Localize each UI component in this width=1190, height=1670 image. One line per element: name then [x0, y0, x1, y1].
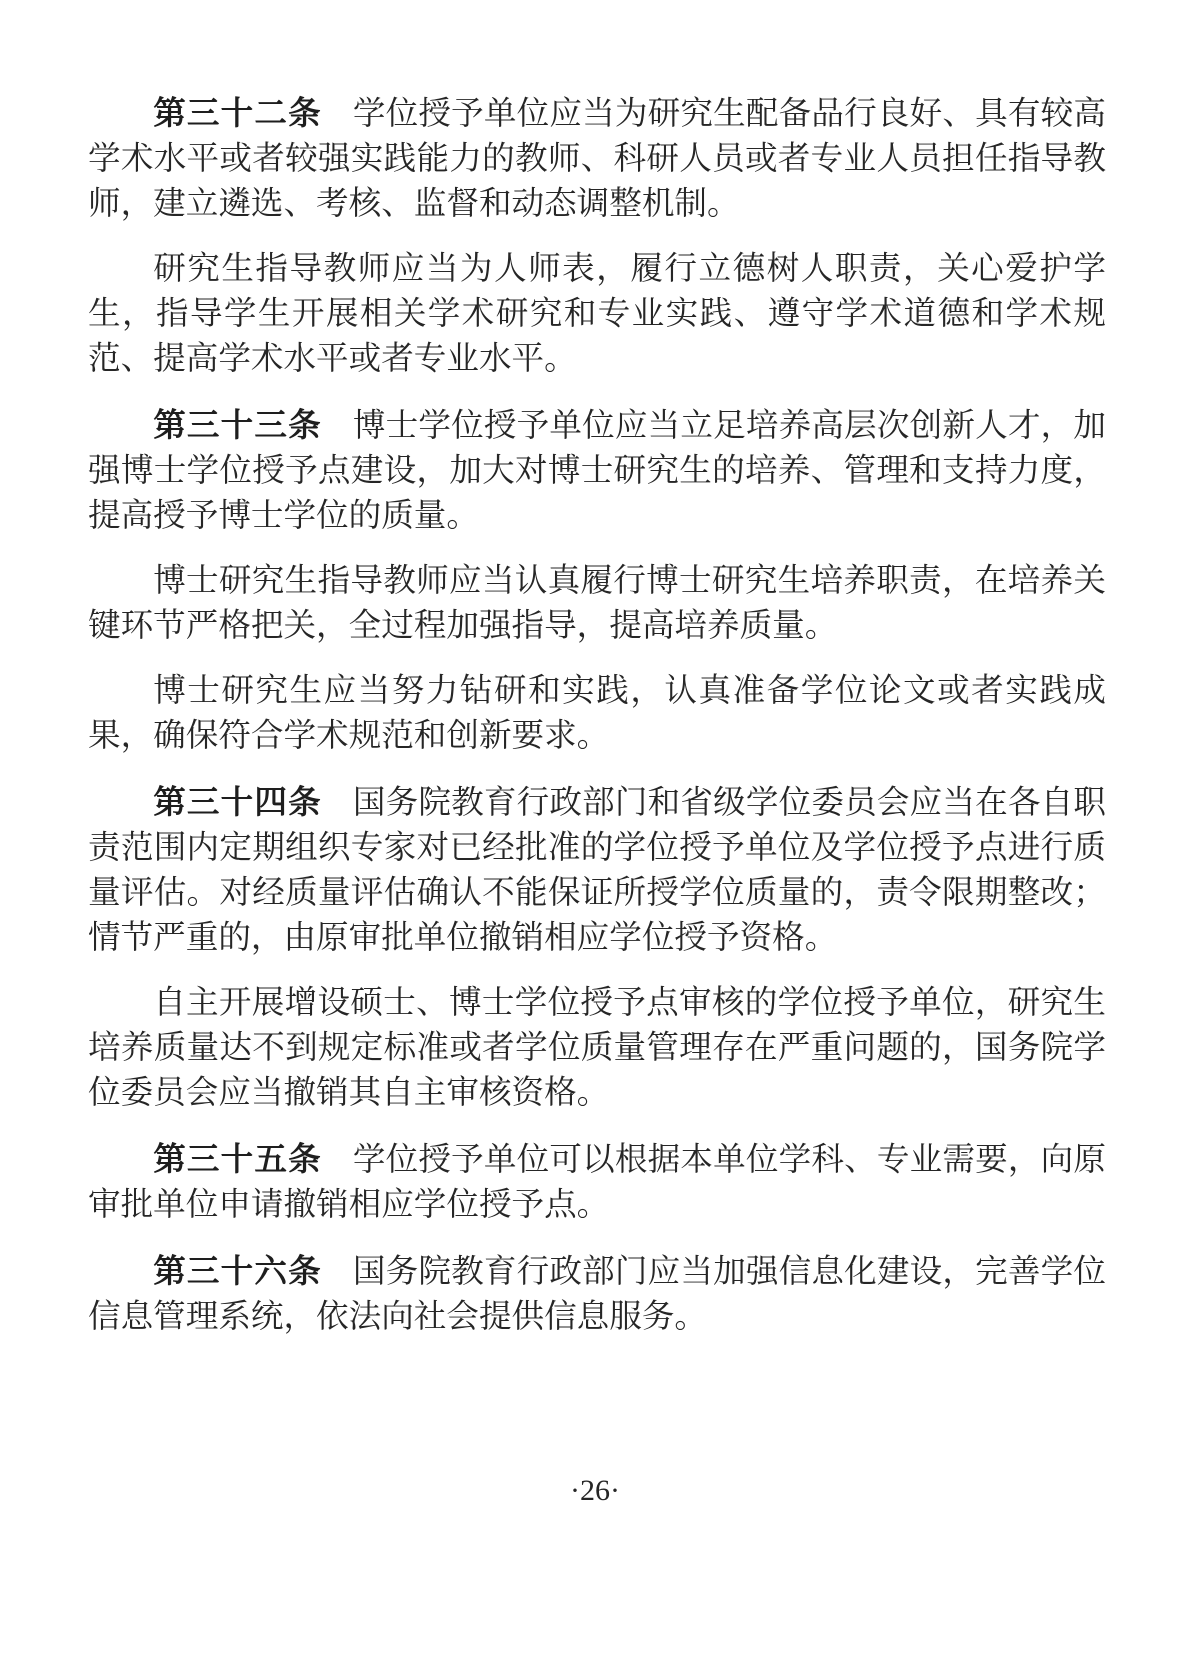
article-number: 第三十六条 — [153, 1252, 322, 1289]
paragraph: 第三十六条国务院教育行政部门应当加强信息化建设，完善学位信息管理系统，依法向社会… — [88, 1248, 1106, 1340]
paragraph: 第三十四条国务院教育行政部门和省级学位委员会应当在各自职责范围内定期组织专家对已… — [88, 779, 1106, 961]
article-text: 博士研究生应当努力钻研和实践，认真准备学位论文或者实践成果，确保符合学术规范和创… — [88, 673, 1106, 754]
document-page: { "page": { "number": "·26·" }, "documen… — [0, 0, 1190, 1670]
article-text: 自主开展增设硕士、博士学位授予点审核的学位授予单位，研究生培养质量达不到规定标准… — [88, 985, 1106, 1111]
article-number: 第三十二条 — [153, 94, 322, 131]
article-number: 第三十三条 — [153, 406, 322, 443]
article-number: 第三十五条 — [153, 1140, 322, 1177]
paragraph: 博士研究生指导教师应当认真履行博士研究生培养职责，在培养关键环节严格把关，全过程… — [88, 559, 1106, 649]
article-number: 第三十四条 — [153, 783, 322, 820]
paragraph: 研究生指导教师应当为人师表，履行立德树人职责，关心爱护学生，指导学生开展相关学术… — [88, 247, 1106, 382]
page-number: ·26· — [0, 1474, 1190, 1508]
paragraph: 第三十二条学位授予单位应当为研究生配备品行良好、具有较高学术水平或者较强实践能力… — [88, 90, 1106, 227]
paragraph: 自主开展增设硕士、博士学位授予点审核的学位授予单位，研究生培养质量达不到规定标准… — [88, 981, 1106, 1116]
paragraph: 第三十三条博士学位授予单位应当立足培养高层次创新人才，加强博士学位授予点建设，加… — [88, 402, 1106, 539]
article-text: 博士研究生指导教师应当认真履行博士研究生培养职责，在培养关键环节严格把关，全过程… — [88, 563, 1106, 644]
paragraph: 第三十五条学位授予单位可以根据本单位学科、专业需要，向原审批单位申请撤销相应学位… — [88, 1136, 1106, 1228]
document-body: 第三十二条学位授予单位应当为研究生配备品行良好、具有较高学术水平或者较强实践能力… — [88, 90, 1106, 1360]
article-text: 研究生指导教师应当为人师表，履行立德树人职责，关心爱护学生，指导学生开展相关学术… — [88, 251, 1106, 377]
paragraph: 博士研究生应当努力钻研和实践，认真准备学位论文或者实践成果，确保符合学术规范和创… — [88, 669, 1106, 759]
